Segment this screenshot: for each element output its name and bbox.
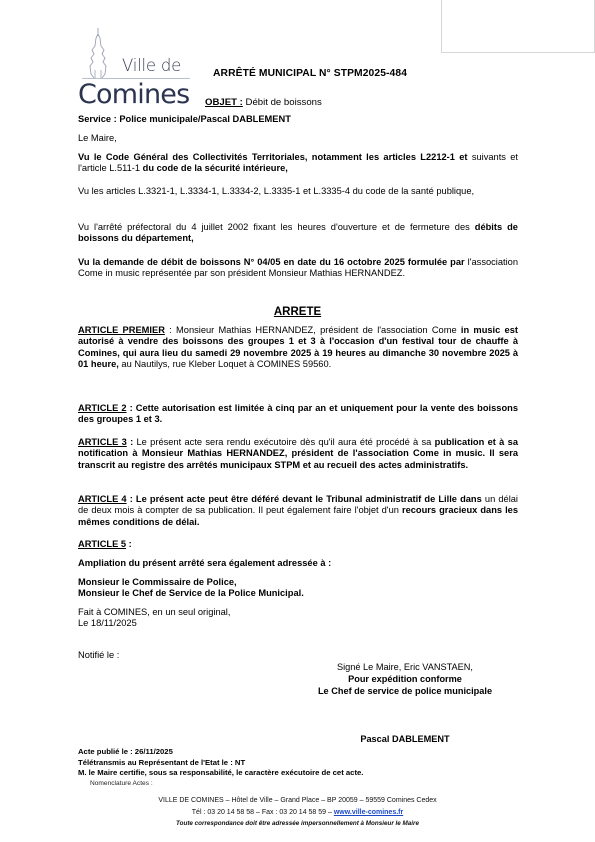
le-maire: Le Maire,	[78, 133, 518, 144]
fait-a-comines: Fait à COMINES, en un seul original,	[78, 607, 518, 618]
fait-date: Le 18/11/2025	[78, 618, 518, 629]
signature-maire: Signé Le Maire, Eric VANSTAEN,	[280, 662, 530, 673]
objet-label: OBJET :	[205, 97, 243, 108]
signature-expedition: Pour expédition conforme	[280, 674, 530, 685]
objet-line: OBJET : Débit de boissons	[205, 97, 322, 108]
ville-de-comines-logo: Ville de Comines	[78, 26, 196, 108]
logo-text-comines: Comines	[78, 79, 189, 110]
recipient-chef-police: Monsieur le Chef de Service de la Police…	[78, 588, 518, 599]
acte-metadata: Acte publié le : 26/11/2025 Télétransmis…	[78, 747, 363, 779]
website-link[interactable]: www.ville-comines.fr	[334, 809, 403, 816]
article-3: ARTICLE 3 : Le présent acte sera rendu e…	[78, 437, 518, 471]
ampliation-intro: Ampliation du présent arrêté sera égalem…	[78, 558, 518, 569]
document-title: ARRÊTÉ MUNICIPAL N° STPM2025-484	[213, 68, 407, 79]
vu-arrete-prefectoral: Vu l'arrêté préfectoral du 4 juillet 200…	[78, 222, 518, 245]
acte-certifie: M. le Maire certifie, sous sa responsabi…	[78, 768, 363, 779]
stamp-box	[441, 0, 595, 53]
footer-contact: Tél : 03 20 14 58 58 – Fax : 03 20 14 58…	[0, 807, 595, 819]
vu-sante-publique: Vu les articles L.3321-1, L.3334-1, L.33…	[78, 186, 518, 197]
article-4: ARTICLE 4 : Le présent acte peut être dé…	[78, 494, 518, 528]
article-premier: ARTICLE PREMIER : Monsieur Mathias HERNA…	[78, 325, 518, 370]
logo-text-ville-de: Ville de	[122, 56, 181, 75]
acte-teletransmis: Télétransmis au Représentant de l'Etat l…	[78, 758, 363, 769]
vu-cgct: Vu le Code Général des Collectivités Ter…	[78, 152, 518, 175]
recipient-commissaire: Monsieur le Commissaire de Police,	[78, 577, 518, 588]
signature-name: Pascal DABLEMENT	[280, 734, 530, 745]
objet-value: Débit de boissons	[246, 97, 322, 108]
footer-address: VILLE DE COMINES – Hôtel de Ville – Gran…	[0, 795, 595, 807]
nomenclature-actes: Nomenclature Actes :	[90, 780, 153, 787]
vu-demande: Vu la demande de débit de boissons N° 04…	[78, 257, 518, 280]
article-5: ARTICLE 5 :	[78, 539, 518, 550]
signature-chef-service: Le Chef de service de police municipale	[280, 686, 530, 697]
arrete-heading: ARRETE	[0, 306, 595, 318]
footer-notice: Toute correspondance doit être adressée …	[0, 818, 595, 830]
service-line: Service : Police municipale/Pascal DABLE…	[78, 114, 518, 125]
church-spire-icon	[78, 26, 118, 81]
acte-publie: Acte publié le : 26/11/2025	[78, 747, 363, 758]
article-2: ARTICLE 2 : Cette autorisation est limit…	[78, 403, 518, 426]
notifie-le: Notifié le :	[78, 650, 518, 661]
page-footer: VILLE DE COMINES – Hôtel de Ville – Gran…	[0, 795, 595, 830]
